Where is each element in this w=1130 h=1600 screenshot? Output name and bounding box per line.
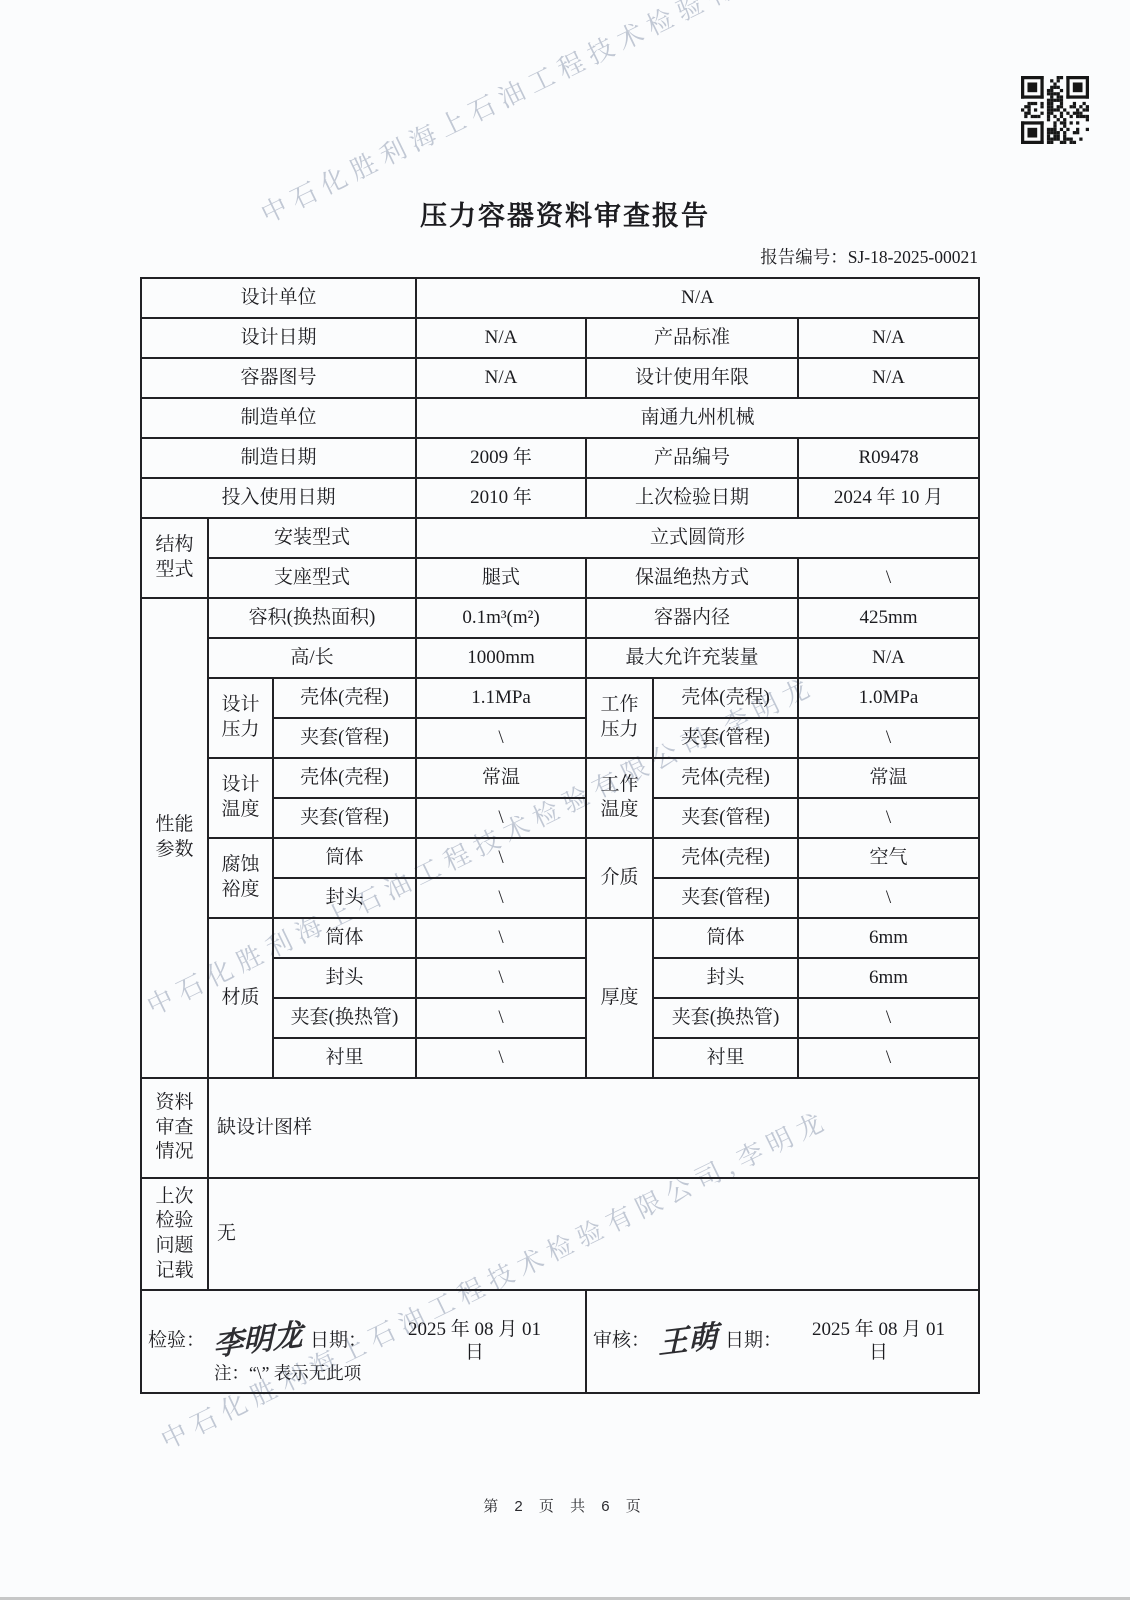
inspector-signature: 李明龙 (213, 1321, 303, 1362)
label-design-temp-shell: 壳体(壳程) (273, 758, 416, 798)
table-row: 腐蚀 裕度筒体\介质壳体(壳程)空气 (141, 838, 979, 878)
value-design-unit: N/A (416, 278, 979, 318)
inspector-date: 2025 年 08 月 01 日 (367, 1318, 582, 1366)
label-manufacturer: 制造单位 (141, 398, 416, 438)
page-title: 压力容器资料审查报告 (0, 194, 1130, 233)
group-design-temperature: 设计 温度 (208, 758, 273, 838)
value-medium-jacket: \ (798, 878, 979, 918)
value-design-pressure-jacket: \ (416, 718, 586, 758)
value-material-cylinder: \ (416, 918, 586, 958)
value-corrosion-head: \ (416, 878, 586, 918)
table-row: 高/长1000mm最大允许充装量N/A (141, 638, 979, 678)
inspector-label: 检验： (145, 1329, 205, 1354)
label-thickness-head: 封头 (653, 958, 798, 998)
value-medium-shell: 空气 (798, 838, 979, 878)
label-support-type: 支座型式 (208, 558, 416, 598)
document-page: 中石化胜利海上石油工程技术检验有限公司,李明龙 中石化胜利海上石油工程技术检验有… (0, 0, 1130, 1600)
inspector-date-label: 日期： (307, 1329, 367, 1354)
label-design-date: 设计日期 (141, 318, 416, 358)
label-working-temp-jacket: 夹套(管程) (653, 798, 798, 838)
header-previous-inspection-issues: 上次 检验 问题 记载 (141, 1178, 208, 1290)
label-max-filling: 最大允许充装量 (586, 638, 798, 678)
table-row: 容器图号N/A设计使用年限N/A (141, 358, 979, 398)
value-corrosion-cylinder: \ (416, 838, 586, 878)
label-installation-type: 安装型式 (208, 518, 416, 558)
value-working-pressure-jacket: \ (798, 718, 979, 758)
value-manufacture-date: 2009 年 (416, 438, 586, 478)
label-design-temp-jacket: 夹套(管程) (273, 798, 416, 838)
label-medium-shell: 壳体(壳程) (653, 838, 798, 878)
value-product-standard: N/A (798, 318, 979, 358)
value-commissioning-date: 2010 年 (416, 478, 586, 518)
group-medium: 介质 (586, 838, 653, 918)
footnote: 注：“\” 表示无此项 (214, 1360, 361, 1385)
reviewer-date: 2025 年 08 月 01 日 (782, 1318, 975, 1366)
value-thickness-head: 6mm (798, 958, 979, 998)
label-last-inspection-date: 上次检验日期 (586, 478, 798, 518)
label-product-standard: 产品标准 (586, 318, 798, 358)
label-design-unit: 设计单位 (141, 278, 416, 318)
qr-code (1021, 76, 1089, 144)
value-thickness-cylinder: 6mm (798, 918, 979, 958)
value-height-length: 1000mm (416, 638, 586, 678)
inspector-signoff-cell: 检验： 李明龙 日期： 2025 年 08 月 01 日 (141, 1290, 586, 1393)
header-structure-type: 结构 型式 (141, 518, 208, 598)
value-insulation-method: \ (798, 558, 979, 598)
value-design-pressure-shell: 1.1MPa (416, 678, 586, 718)
label-material-head: 封头 (273, 958, 416, 998)
value-material-jacket-tube: \ (416, 998, 586, 1038)
label-insulation-method: 保温绝热方式 (586, 558, 798, 598)
label-working-pressure-shell: 壳体(壳程) (653, 678, 798, 718)
header-document-review: 资料 审查 情况 (141, 1078, 208, 1178)
label-thickness-lining: 衬里 (653, 1038, 798, 1078)
value-material-lining: \ (416, 1038, 586, 1078)
value-document-review: 缺设计图样 (208, 1078, 979, 1178)
label-thickness-cylinder: 筒体 (653, 918, 798, 958)
group-material: 材质 (208, 918, 273, 1078)
table-row: 性能 参数容积(换热面积)0.1m³(m²)容器内径425mm (141, 598, 979, 638)
label-working-temp-shell: 壳体(壳程) (653, 758, 798, 798)
value-inner-diameter: 425mm (798, 598, 979, 638)
value-design-service-life: N/A (798, 358, 979, 398)
value-last-inspection-date: 2024 年 10 月 (798, 478, 979, 518)
label-design-pressure-shell: 壳体(壳程) (273, 678, 416, 718)
value-design-temp-jacket: \ (416, 798, 586, 838)
table-row: 资料 审查 情况缺设计图样 (141, 1078, 979, 1178)
report-number-label: 报告编号： (760, 247, 848, 267)
value-working-pressure-shell: 1.0MPa (798, 678, 979, 718)
table-row: 设计日期N/A产品标准N/A (141, 318, 979, 358)
label-product-no: 产品编号 (586, 438, 798, 478)
label-commissioning-date: 投入使用日期 (141, 478, 416, 518)
table-row: 设计 温度壳体(壳程)常温工作 温度壳体(壳程)常温 (141, 758, 979, 798)
label-material-cylinder: 筒体 (273, 918, 416, 958)
value-volume: 0.1m³(m²) (416, 598, 586, 638)
table-row: 设计 压力壳体(壳程)1.1MPa工作 压力壳体(壳程)1.0MPa (141, 678, 979, 718)
value-vessel-drawing-no: N/A (416, 358, 586, 398)
label-medium-jacket: 夹套(管程) (653, 878, 798, 918)
label-vessel-drawing-no: 容器图号 (141, 358, 416, 398)
reviewer-date-label: 日期： (722, 1329, 782, 1354)
table-row: 制造单位南通九州机械 (141, 398, 979, 438)
value-installation-type: 立式圆筒形 (416, 518, 979, 558)
value-thickness-lining: \ (798, 1038, 979, 1078)
group-corrosion-allowance: 腐蚀 裕度 (208, 838, 273, 918)
table-row: 设计单位N/A (141, 278, 979, 318)
label-design-service-life: 设计使用年限 (586, 358, 798, 398)
value-product-no: R09478 (798, 438, 979, 478)
table-row: 制造日期2009 年产品编号R09478 (141, 438, 979, 478)
label-working-pressure-jacket: 夹套(管程) (653, 718, 798, 758)
table-row: 投入使用日期2010 年上次检验日期2024 年 10 月 (141, 478, 979, 518)
reviewer-signoff-cell: 审核： 王萌 日期： 2025 年 08 月 01 日 (586, 1290, 979, 1393)
page-number: 第 2 页 共 6 页 (0, 1495, 1130, 1516)
label-corrosion-head: 封头 (273, 878, 416, 918)
value-design-date: N/A (416, 318, 586, 358)
value-material-head: \ (416, 958, 586, 998)
header-performance-parameters: 性能 参数 (141, 598, 208, 1078)
report-number: 报告编号：SJ-18-2025-00021 (760, 244, 978, 269)
label-corrosion-cylinder: 筒体 (273, 838, 416, 878)
group-working-temperature: 工作 温度 (586, 758, 653, 838)
value-working-temp-shell: 常温 (798, 758, 979, 798)
value-max-filling: N/A (798, 638, 979, 678)
group-working-pressure: 工作 压力 (586, 678, 653, 758)
table-row: 上次 检验 问题 记载无 (141, 1178, 979, 1290)
label-material-jacket-tube: 夹套(换热管) (273, 998, 416, 1038)
label-volume: 容积(换热面积) (208, 598, 416, 638)
reviewer-label: 审核： (590, 1329, 650, 1354)
table-row: 材质筒体\厚度筒体6mm (141, 918, 979, 958)
label-height-length: 高/长 (208, 638, 416, 678)
label-manufacture-date: 制造日期 (141, 438, 416, 478)
value-working-temp-jacket: \ (798, 798, 979, 838)
group-thickness: 厚度 (586, 918, 653, 1078)
reviewer-signature: 王萌 (658, 1323, 718, 1360)
value-support-type: 腿式 (416, 558, 586, 598)
label-material-lining: 衬里 (273, 1038, 416, 1078)
value-previous-inspection-issues: 无 (208, 1178, 979, 1290)
table-row: 结构 型式安装型式立式圆筒形 (141, 518, 979, 558)
value-manufacturer: 南通九州机械 (416, 398, 979, 438)
group-design-pressure: 设计 压力 (208, 678, 273, 758)
report-number-value: SJ-18-2025-00021 (848, 247, 978, 267)
label-design-pressure-jacket: 夹套(管程) (273, 718, 416, 758)
value-thickness-jacket-tube: \ (798, 998, 979, 1038)
table-row: 支座型式腿式保温绝热方式\ (141, 558, 979, 598)
report-table: 设计单位N/A设计日期N/A产品标准N/A容器图号N/A设计使用年限N/A制造单… (140, 277, 980, 1394)
label-inner-diameter: 容器内径 (586, 598, 798, 638)
value-design-temp-shell: 常温 (416, 758, 586, 798)
label-thickness-jacket-tube: 夹套(换热管) (653, 998, 798, 1038)
